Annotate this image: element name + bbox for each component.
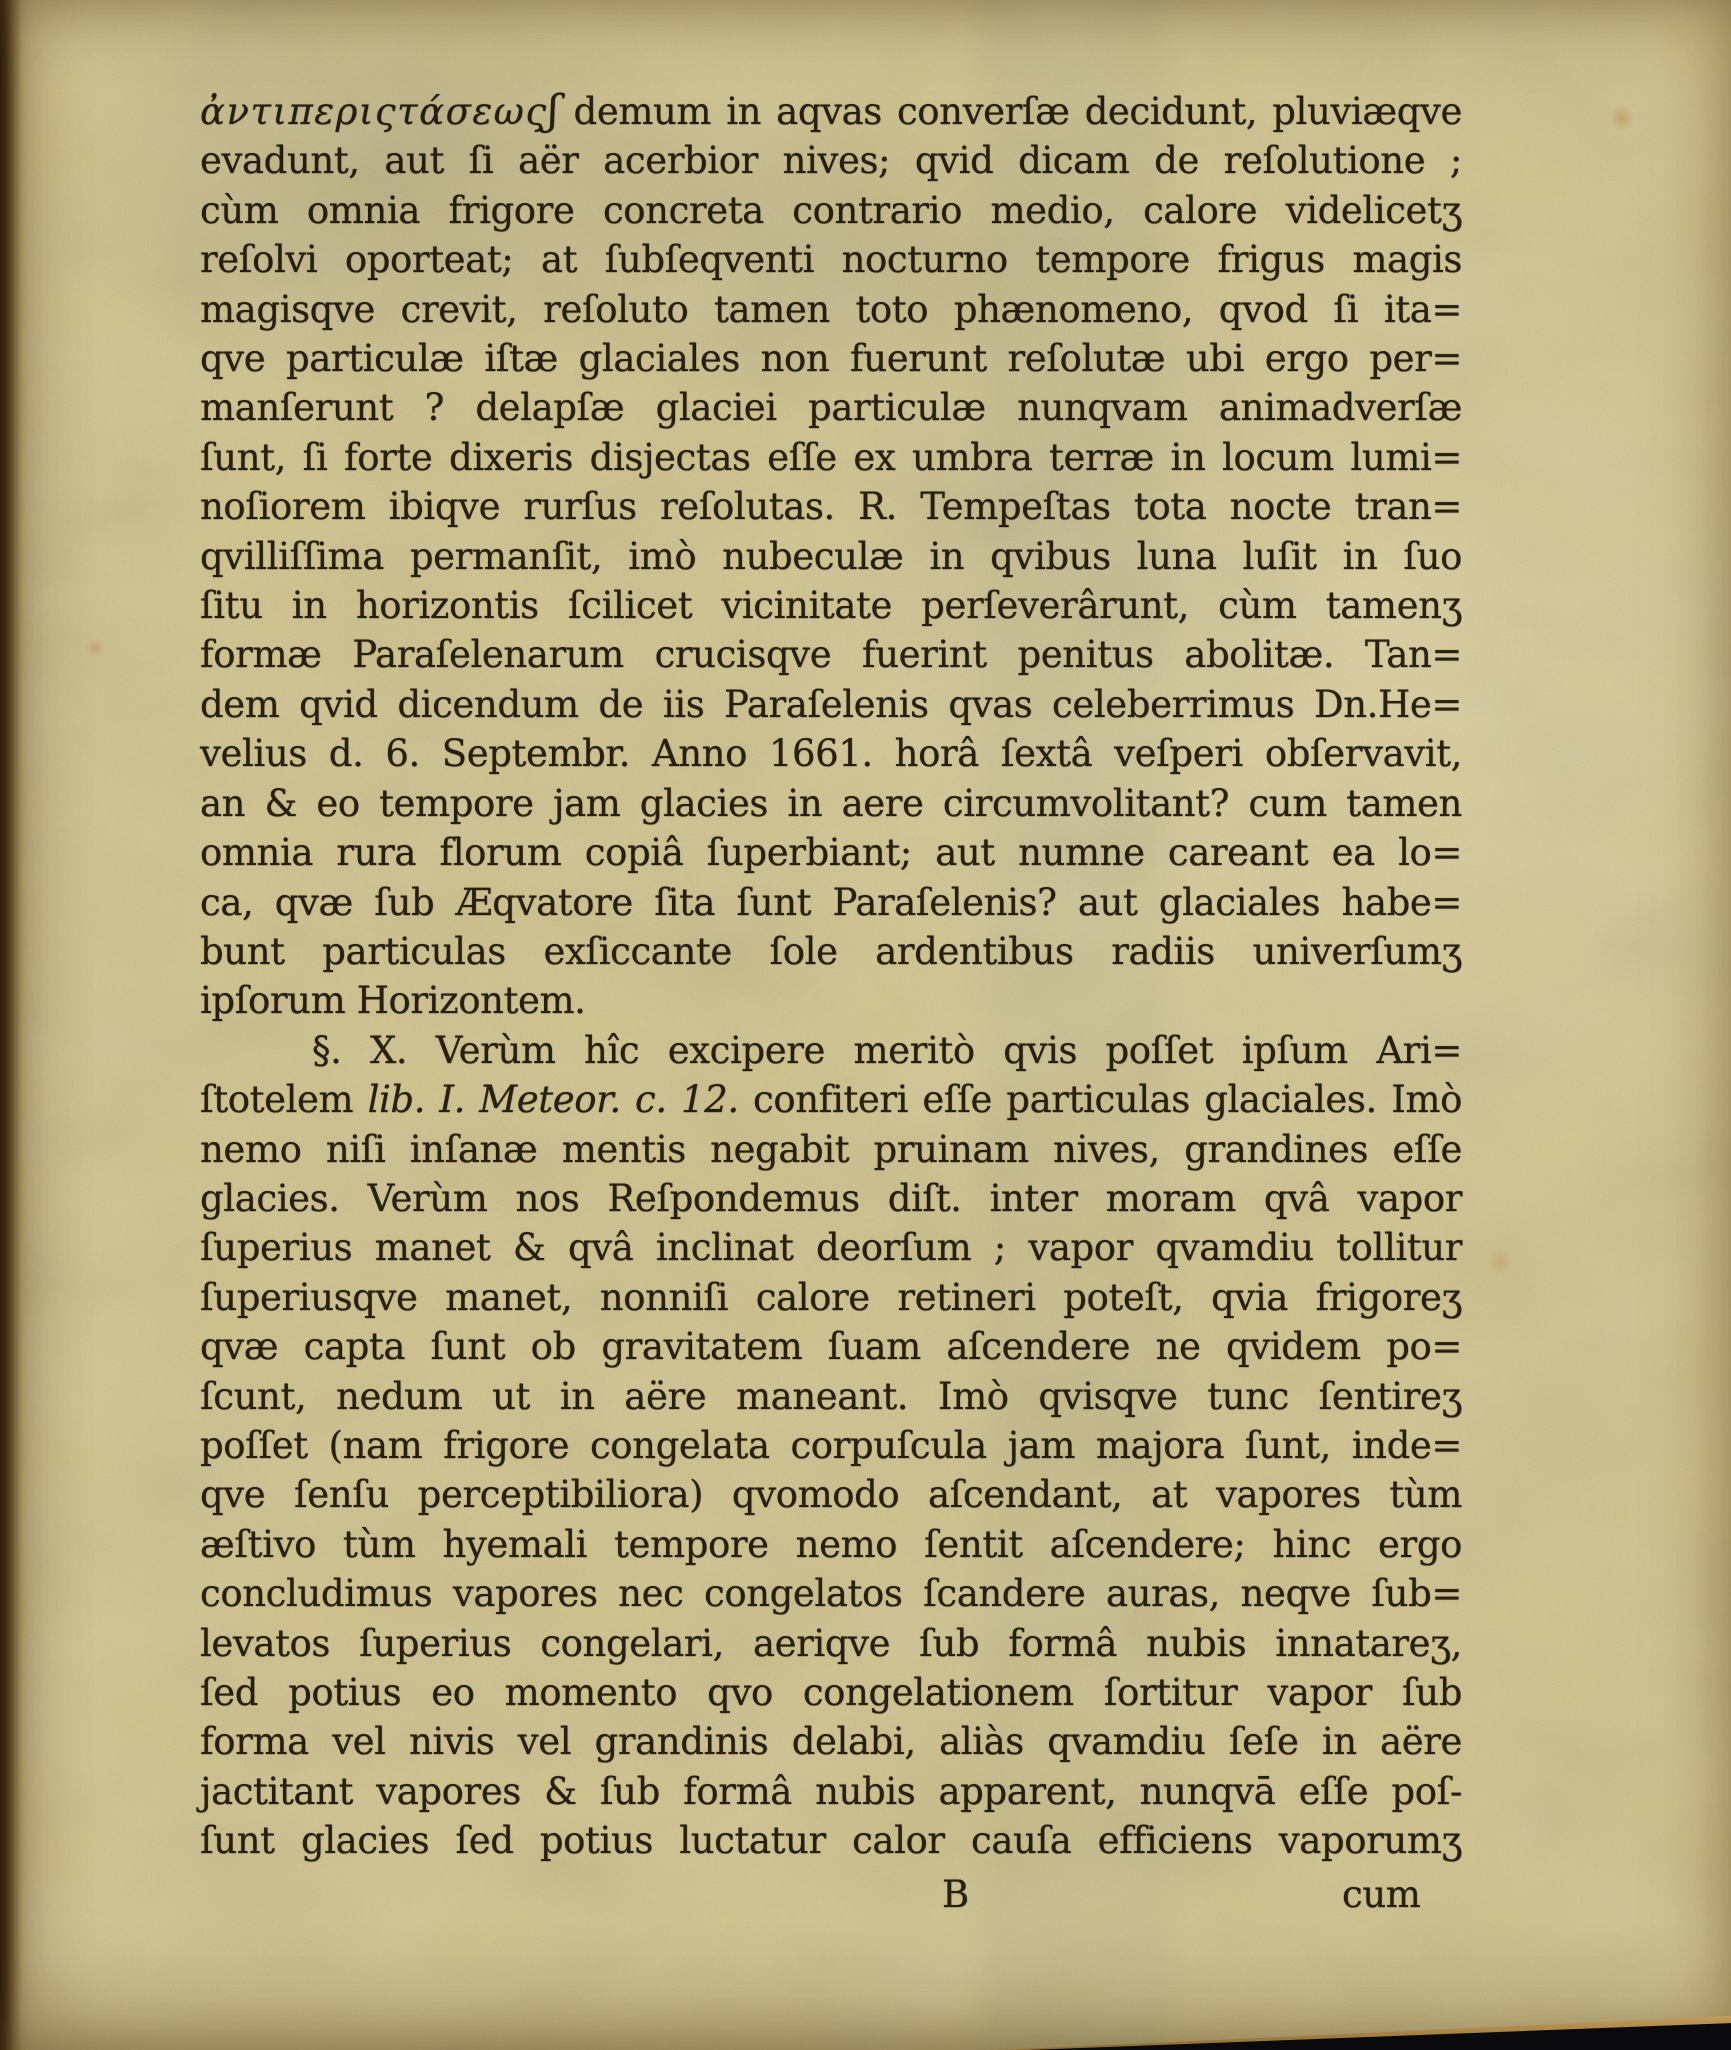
text-segment: ſcunt, nedum ut in aëre maneant. Imò qvi… — [200, 1375, 1462, 1418]
greek-word: ἀντιπεριςτάσεως — [200, 90, 548, 133]
text-segment: ſuperiusqve manet, nonniſi calore retine… — [200, 1276, 1462, 1319]
text-segment: nemo niſi inſanæ mentis negabit pruinam … — [200, 1128, 1462, 1171]
text-line: glacies. Verùm nos Reſpondemus diſt. int… — [200, 1174, 1462, 1223]
signature-row: B cum — [200, 1870, 1462, 1922]
text-line: ſunt, ſi forte dixeris disjectas eſſe ex… — [200, 433, 1462, 482]
text-line: magisqve crevit, reſoluto tamen toto phæ… — [200, 285, 1462, 334]
text-segment: cùm omnia frigore concreta contrario med… — [200, 189, 1462, 232]
footer-block: B cum — [200, 1866, 1462, 1922]
text-segment: ſitu in horizontis ſcilicet vicinitate p… — [200, 584, 1462, 627]
text-segment: ſtotelem — [200, 1078, 368, 1121]
text-line: ſtotelem lib. I. Meteor. c. 12. confiter… — [200, 1075, 1462, 1124]
signature-mark: B — [942, 1870, 969, 1919]
text-segment: ſed potius eo momento qvo congelationem … — [200, 1671, 1462, 1714]
text-segment: qvæ capta ſunt ob gravitatem ſuam aſcend… — [200, 1325, 1462, 1368]
text-segment: noſiorem ibiqve rurſus reſolutas. R. Tem… — [200, 485, 1462, 528]
text-line: jactitant vapores & ſub formâ nubis appa… — [200, 1767, 1462, 1816]
text-segment: omnia rura florum copiâ ſuperbiant; aut … — [200, 831, 1462, 874]
text-line: qvæ capta ſunt ob gravitatem ſuam aſcend… — [200, 1322, 1462, 1371]
text-line: an & eo tempore jam glacies in aere circ… — [200, 779, 1462, 828]
book-page: ἀντιπεριςτάσεωςʃ demum in aqvas converſæ… — [0, 0, 1731, 2050]
text-segment: formæ Paraſelenarum crucisqve fuerint pe… — [200, 633, 1462, 676]
text-line: æſtivo tùm hyemali tempore nemo ſentit a… — [200, 1520, 1462, 1569]
text-line: ipſorum Horizontem. — [200, 976, 1462, 1025]
text-segment: ſunt glacies ſed potius luctatur calor c… — [200, 1819, 1462, 1862]
text-line: ſcunt, nedum ut in aëre maneant. Imò qvi… — [200, 1372, 1462, 1421]
text-segment: concludimus vapores nec congelatos ſcand… — [200, 1572, 1462, 1615]
text-segment: qve particulæ iſtæ glaciales non fuerunt… — [200, 337, 1462, 380]
text-line: poſſet (nam frigore congelata corpuſcula… — [200, 1421, 1462, 1470]
text-line: qve ſenſu perceptibiliora) qvomodo aſcen… — [200, 1470, 1462, 1519]
text-line: ſuperius manet & qvâ inclinat deorſum ; … — [200, 1223, 1462, 1272]
text-line: velius d. 6. Septembr. Anno 1661. horâ ſ… — [200, 729, 1462, 778]
text-segment: magisqve crevit, reſoluto tamen toto phæ… — [200, 288, 1462, 331]
text-segment: evadunt, aut ſi aër acerbior nives; qvid… — [200, 139, 1462, 182]
text-line: concludimus vapores nec congelatos ſcand… — [200, 1569, 1462, 1618]
text-segment: levatos ſuperius congelari, aeriqve ſub … — [200, 1622, 1462, 1665]
text-line: omnia rura florum copiâ ſuperbiant; aut … — [200, 828, 1462, 877]
text-segment: dem qvid dicendum de iis Paraſelenis qva… — [200, 683, 1462, 726]
text-line: ſunt glacies ſed potius luctatur calor c… — [200, 1816, 1462, 1865]
text-segment: manſerunt ? delapſæ glaciei particulæ nu… — [200, 386, 1462, 429]
text-line: ἀντιπεριςτάσεωςʃ demum in aqvas converſæ… — [200, 86, 1462, 136]
text-segment: æſtivo tùm hyemali tempore nemo ſentit a… — [200, 1523, 1462, 1566]
citation-italic: lib. I. Meteor. c. 12. — [368, 1078, 739, 1121]
text-segment: an & eo tempore jam glacies in aere circ… — [200, 782, 1462, 825]
text-line: evadunt, aut ſi aër acerbior nives; qvid… — [200, 136, 1462, 185]
text-segment: glacies. Verùm nos Reſpondemus diſt. int… — [200, 1177, 1462, 1220]
text-line: qve particulæ iſtæ glaciales non fuerunt… — [200, 334, 1462, 383]
text-block: ἀντιπεριςτάσεωςʃ demum in aqvas converſæ… — [200, 86, 1462, 1866]
text-segment: ipſorum Horizontem. — [200, 979, 586, 1022]
text-line: levatos ſuperius congelari, aeriqve ſub … — [200, 1619, 1462, 1668]
text-line: ſuperiusqve manet, nonniſi calore retine… — [200, 1273, 1462, 1322]
text-line: ſitu in horizontis ſcilicet vicinitate p… — [200, 581, 1462, 630]
text-line: reſolvi oporteat; at ſubſeqventi nocturn… — [200, 235, 1462, 284]
text-line: forma vel nivis vel grandinis delabi, al… — [200, 1717, 1462, 1766]
text-line: bunt particulas exſiccante ſole ardentib… — [200, 927, 1462, 976]
binding-edge-shadow — [0, 0, 30, 2050]
text-segment: demum in aqvas converſæ decidunt, pluviæ… — [558, 90, 1462, 133]
text-line: nemo niſi inſanæ mentis negabit pruinam … — [200, 1125, 1462, 1174]
greek-bracket-mark: ʃ — [548, 86, 559, 134]
text-segment: ca, qvæ ſub Æqvatore ſita ſunt Paraſelen… — [200, 881, 1462, 924]
text-segment: reſolvi oporteat; at ſubſeqventi nocturn… — [200, 238, 1462, 281]
text-line: dem qvid dicendum de iis Paraſelenis qva… — [200, 680, 1462, 729]
text-line: qvilliſſima permanſit, imò nubeculæ in q… — [200, 532, 1462, 581]
text-segment: poſſet (nam frigore congelata corpuſcula… — [200, 1424, 1462, 1467]
text-segment: confiteri eſſe particulas glaciales. Imò — [739, 1078, 1462, 1121]
text-segment: forma vel nivis vel grandinis delabi, al… — [200, 1720, 1462, 1763]
text-segment: ſunt, ſi forte dixeris disjectas eſſe ex… — [200, 436, 1462, 479]
text-line: formæ Paraſelenarum crucisqve fuerint pe… — [200, 630, 1462, 679]
catchword: cum — [1342, 1870, 1420, 1919]
text-segment: velius d. 6. Septembr. Anno 1661. horâ ſ… — [200, 732, 1462, 775]
text-segment: qvilliſſima permanſit, imò nubeculæ in q… — [200, 535, 1462, 578]
text-segment: §. X. Verùm hîc excipere meritò qvis poſ… — [312, 1029, 1462, 1072]
text-line: noſiorem ibiqve rurſus reſolutas. R. Tem… — [200, 482, 1462, 531]
text-line: cùm omnia frigore concreta contrario med… — [200, 186, 1462, 235]
text-line: manſerunt ? delapſæ glaciei particulæ nu… — [200, 383, 1462, 432]
text-line: ſed potius eo momento qvo congelationem … — [200, 1668, 1462, 1717]
text-segment: bunt particulas exſiccante ſole ardentib… — [200, 930, 1462, 973]
text-line: §. X. Verùm hîc excipere meritò qvis poſ… — [200, 1026, 1462, 1075]
text-segment: qve ſenſu perceptibiliora) qvomodo aſcen… — [200, 1473, 1462, 1516]
text-segment: jactitant vapores & ſub formâ nubis appa… — [200, 1770, 1462, 1813]
text-line: ca, qvæ ſub Æqvatore ſita ſunt Paraſelen… — [200, 878, 1462, 927]
text-segment: ſuperius manet & qvâ inclinat deorſum ; … — [200, 1226, 1462, 1269]
